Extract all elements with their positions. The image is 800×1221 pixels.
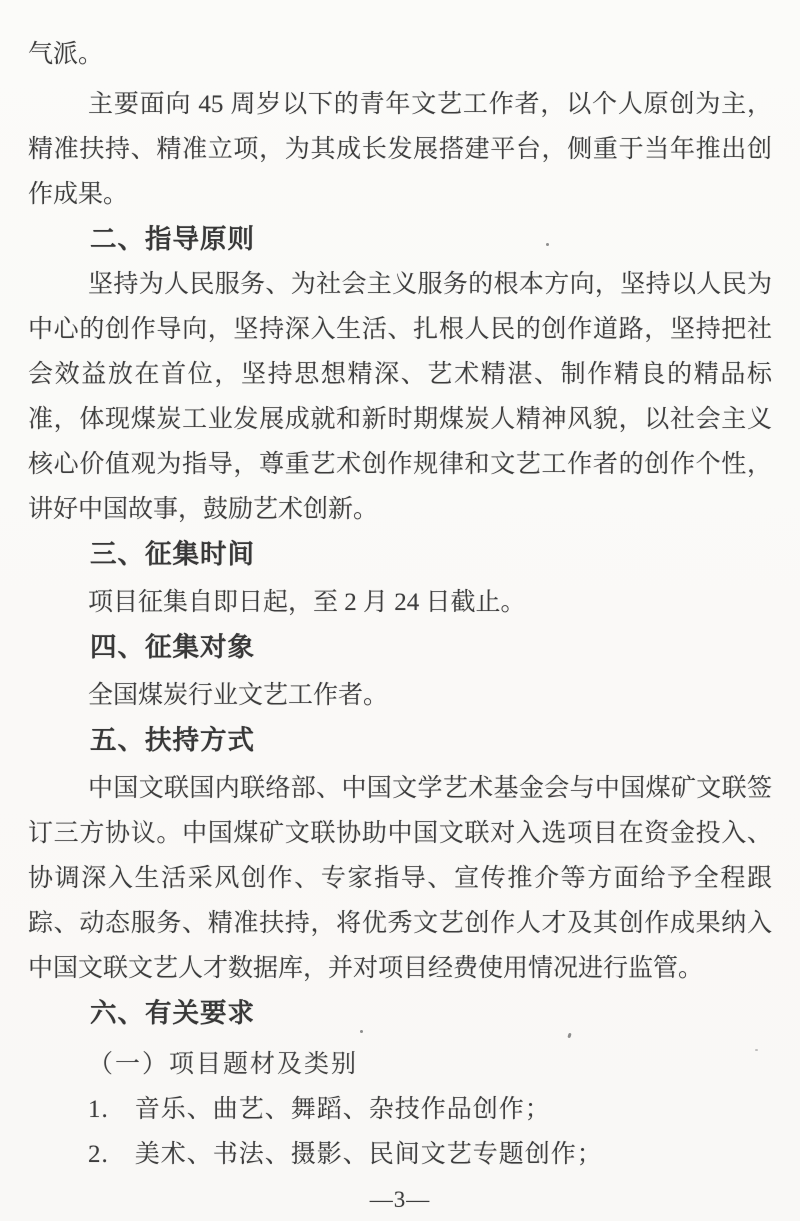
list-item-1: 1. 音乐、曲艺、舞蹈、杂技作品创作；	[28, 1087, 772, 1132]
heading-section-six: 六、有关要求	[28, 991, 772, 1036]
scan-speck	[755, 1049, 758, 1051]
list-item-2: 2. 美术、书法、摄影、民间文艺专题创作；	[28, 1132, 772, 1177]
scanned-document-page: 气派。 主要面向 45 周岁以下的青年文艺工作者，以个人原创为主， 精准扶持、精…	[0, 0, 800, 1221]
subheading-category: （一）项目题材及类别	[28, 1042, 772, 1087]
heading-section-four: 四、征集对象	[28, 625, 772, 670]
heading-section-five: 五、扶持方式	[28, 718, 772, 763]
body-line: 项目征集自即日起，至 2 月 24 日截止。	[28, 580, 772, 625]
body-line: 核心价值观为指导，尊重艺术创作规律和文艺工作者的创作个性，	[28, 442, 772, 487]
body-line: 坚持为人民服务、为社会主义服务的根本方向，坚持以人民为	[28, 262, 772, 307]
body-line: 作成果。	[28, 172, 772, 217]
body-line: 踪、动态服务、精准扶持，将优秀文艺创作人才及其创作成果纳入	[28, 901, 772, 946]
body-line: 中国文联国内联络部、中国文学艺术基金会与中国煤矿文联签	[28, 766, 772, 811]
body-line: 会效益放在首位，坚持思想精深、艺术精湛、制作精良的精品标	[28, 352, 772, 397]
body-line: 订三方协议。中国煤矿文联协助中国文联对入选项目在资金投入、	[28, 811, 772, 856]
body-line: 全国煤炭行业文艺工作者。	[28, 673, 772, 718]
body-line: 讲好中国故事，鼓励艺术创新。	[28, 487, 772, 532]
document-body: 气派。 主要面向 45 周岁以下的青年文艺工作者，以个人原创为主， 精准扶持、精…	[28, 32, 772, 1177]
body-line: 中心的创作导向，坚持深入生活、扎根人民的创作道路，坚持把社	[28, 307, 772, 352]
body-line: 气派。	[28, 32, 772, 77]
body-line: 协调深入生活采风创作、专家指导、宣传推介等方面给予全程跟	[28, 856, 772, 901]
body-line: 精准扶持、精准立项，为其成长发展搭建平台，侧重于当年推出创	[28, 127, 772, 172]
body-line: 准，体现煤炭工业发展成就和新时期煤炭人精神风貌，以社会主义	[28, 397, 772, 442]
heading-section-three: 三、征集时间	[28, 532, 772, 577]
body-line: 中国文联文艺人才数据库，并对项目经费使用情况进行监管。	[28, 946, 772, 991]
heading-section-two: 二、指导原则	[28, 217, 772, 262]
scan-speck	[546, 243, 549, 246]
page-number: —3—	[0, 1183, 800, 1217]
body-line: 主要面向 45 周岁以下的青年文艺工作者，以个人原创为主，	[28, 82, 772, 127]
scan-speck	[360, 1030, 363, 1033]
